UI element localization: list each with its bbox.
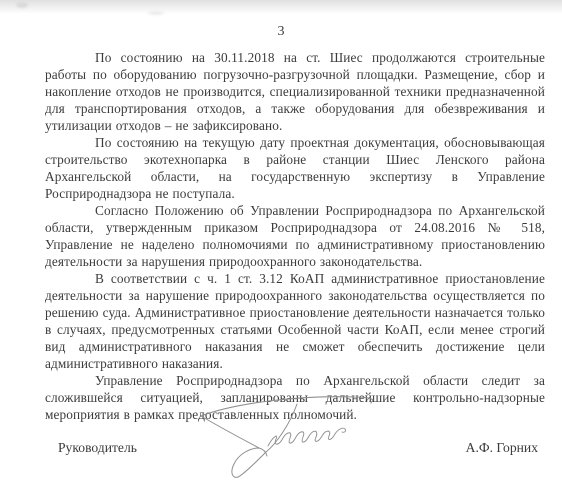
page-number: 3 [0, 0, 562, 40]
document-page: 3 По состоянию на 30.11.2018 на ст. Шиес… [0, 0, 562, 489]
paragraph-authority-regulation: Согласно Положению об Управлении Росприр… [45, 202, 545, 270]
paragraph-project-documentation: По состоянию на текущую дату проектная д… [45, 134, 545, 202]
paragraph-construction-status: По состоянию на 30.11.2018 на ст. Шиес п… [45, 49, 545, 134]
paragraph-monitoring-plans: Управление Росприроднадзора по Архангель… [45, 372, 545, 423]
signer-role-label: Руководитель [58, 439, 137, 456]
signature-block: Руководитель А.Ф. Горних [58, 439, 538, 456]
letter-body: По состоянию на 30.11.2018 на ст. Шиес п… [45, 49, 545, 423]
scan-artifact-smudge-2 [148, 11, 164, 15]
paragraph-koap-article: В соответствии с ч. 1 ст. 3.12 КоАП адми… [45, 270, 545, 372]
scan-artifact-smudge [16, 2, 28, 8]
signer-name: А.Ф. Горних [466, 439, 538, 456]
